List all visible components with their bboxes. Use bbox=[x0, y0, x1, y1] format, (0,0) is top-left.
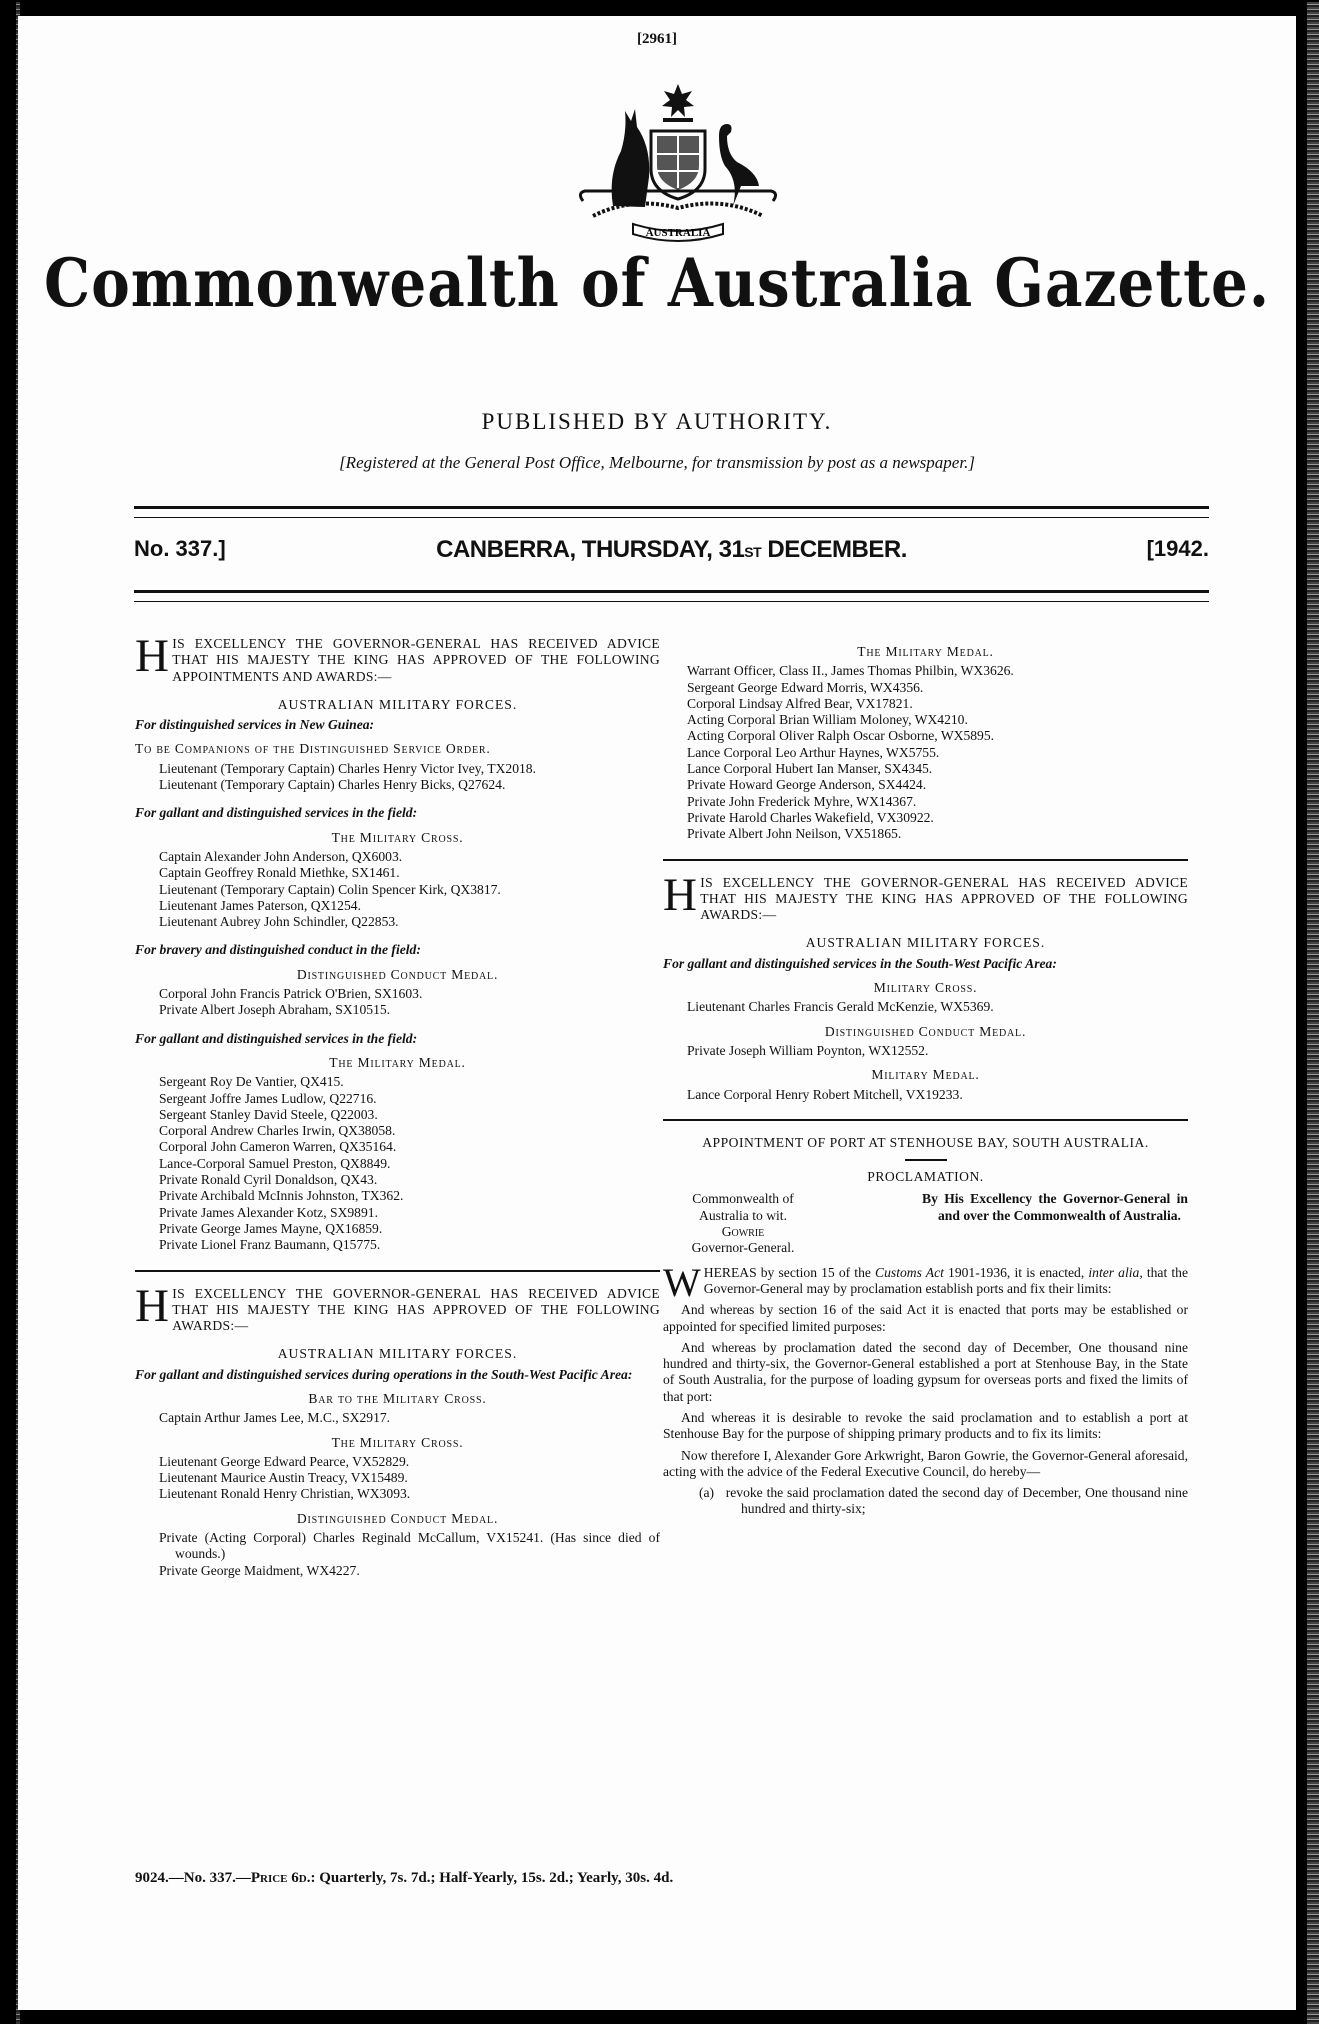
citation-line: For gallant and distinguished services i… bbox=[135, 1031, 660, 1047]
recital-paragraph: And whereas by section 16 of the said Ac… bbox=[663, 1302, 1188, 1335]
recital-paragraph: And whereas it is desirable to revoke th… bbox=[663, 1410, 1188, 1443]
authority-block: By His Excellency the Governor-General i… bbox=[922, 1191, 1188, 1256]
column-left: HIS EXCELLENCY THE GOVERNOR-GENERAL HAS … bbox=[135, 636, 660, 1579]
force-heading: AUSTRALIAN MILITARY FORCES. bbox=[135, 1346, 660, 1362]
recipient: Lieutenant (Temporary Captain) Colin Spe… bbox=[159, 882, 660, 898]
signatory: Gowrie bbox=[663, 1224, 823, 1240]
column-right: The Military Medal.Warrant Officer, Clas… bbox=[663, 636, 1188, 1518]
recipient: Private Albert John Neilson, VX51865. bbox=[687, 826, 1188, 842]
recital-paragraph: WHEREAS by section 15 of the Customs Act… bbox=[663, 1265, 1188, 1298]
award-heading: Military Medal. bbox=[663, 1067, 1188, 1083]
jurisdiction-block: Commonwealth of Australia to wit. Gowrie… bbox=[663, 1191, 823, 1256]
scan-edge-right bbox=[1307, 2, 1319, 2024]
force-heading: AUSTRALIAN MILITARY FORCES. bbox=[135, 697, 660, 713]
award-heading: Distinguished Conduct Medal. bbox=[663, 1024, 1188, 1040]
recipient: Lieutenant (Temporary Captain) Charles H… bbox=[159, 777, 660, 793]
recipient: Captain Geoffrey Ronald Miethke, SX1461. bbox=[159, 865, 660, 881]
recipient: Lieutenant James Paterson, QX1254. bbox=[159, 898, 660, 914]
force-heading: AUSTRALIAN MILITARY FORCES. bbox=[663, 935, 1188, 951]
operative-paragraph: Now therefore I, Alexander Gore Arkwrigh… bbox=[663, 1448, 1188, 1481]
recipient: Private John Frederick Myhre, WX14367. bbox=[687, 794, 1188, 810]
recipient: Sergeant George Edward Morris, WX4356. bbox=[687, 680, 1188, 696]
notice-appointments-awards: HIS EXCELLENCY THE GOVERNOR-GENERAL HAS … bbox=[135, 636, 660, 1254]
recipient: Lieutenant (Temporary Captain) Charles H… bbox=[159, 761, 660, 777]
award-heading: The Military Cross. bbox=[135, 830, 660, 846]
recipient: Private George James Mayne, QX16859. bbox=[159, 1221, 660, 1237]
citation-line: For distinguished services in New Guinea… bbox=[135, 717, 660, 733]
citation-line: For gallant and distinguished services i… bbox=[663, 956, 1188, 972]
recipient: Lieutenant George Edward Pearce, VX52829… bbox=[159, 1454, 660, 1470]
citation-line: For bravery and distinguished conduct in… bbox=[135, 942, 660, 958]
proclamation-authority: Commonwealth of Australia to wit. Gowrie… bbox=[663, 1191, 1188, 1256]
recipient: Sergeant Joffre James Ludlow, Q22716. bbox=[159, 1091, 660, 1107]
recipient: Corporal Andrew Charles Irwin, QX38058. bbox=[159, 1123, 660, 1139]
gazette-title: Commonwealth of Australia Gazette. bbox=[18, 244, 1296, 322]
proclamation-stenhouse-bay: APPOINTMENT OF PORT AT STENHOUSE BAY, SO… bbox=[663, 1135, 1188, 1518]
recipient: Sergeant Stanley David Steele, Q22003. bbox=[159, 1107, 660, 1123]
drop-cap: H bbox=[135, 637, 172, 675]
award-list-continued: The Military Medal.Warrant Officer, Clas… bbox=[663, 644, 1188, 843]
award-heading: Distinguished Conduct Medal. bbox=[135, 967, 660, 983]
section-divider bbox=[663, 1119, 1188, 1121]
award-list: Military Cross.Lieutenant Charles Franci… bbox=[663, 980, 1188, 1103]
recipient: Lieutenant Maurice Austin Treacy, VX1548… bbox=[159, 1470, 660, 1486]
published-by-authority: PUBLISHED BY AUTHORITY. bbox=[18, 409, 1296, 435]
award-heading: Bar to the Military Cross. bbox=[135, 1391, 660, 1407]
citation-line: For gallant and distinguished services d… bbox=[135, 1367, 660, 1383]
recipient: Corporal John Cameron Warren, QX35164. bbox=[159, 1139, 660, 1155]
page-number: [2961] bbox=[18, 31, 1296, 48]
recipient: Lance Corporal Hubert Ian Manser, SX4345… bbox=[687, 761, 1188, 777]
recipient: Lieutenant Charles Francis Gerald McKenz… bbox=[687, 999, 1188, 1015]
recipient: Private Lionel Franz Baumann, Q15775. bbox=[159, 1237, 660, 1253]
recipient: Warrant Officer, Class II., James Thomas… bbox=[687, 663, 1188, 679]
notice-intro: HIS EXCELLENCY THE GOVERNOR-GENERAL HAS … bbox=[663, 875, 1188, 924]
spacer bbox=[135, 930, 660, 942]
issue-line: No. 337.] CANBERRA, THURSDAY, 31ST DECEM… bbox=[134, 536, 1209, 566]
recipient: Captain Arthur James Lee, M.C., SX2917. bbox=[159, 1410, 660, 1426]
recipient: Corporal Lindsay Alfred Bear, VX17821. bbox=[687, 696, 1188, 712]
recipient: Private (Acting Corporal) Charles Regina… bbox=[159, 1530, 660, 1563]
price-footer: 9024.—No. 337.—Price 6d.: Quarterly, 7s.… bbox=[135, 1870, 673, 1887]
recipient: Captain Alexander John Anderson, QX6003. bbox=[159, 849, 660, 865]
award-heading: Military Cross. bbox=[663, 980, 1188, 996]
gazette-page: [2961] AUSTRALIA Commonwealth of Austral… bbox=[18, 16, 1296, 2010]
award-heading: The Military Cross. bbox=[135, 1435, 660, 1451]
recital-paragraph: And whereas by proclamation dated the se… bbox=[663, 1340, 1188, 1405]
proclamation-heading: PROCLAMATION. bbox=[663, 1169, 1188, 1185]
recipient: Lance-Corporal Samuel Preston, QX8849. bbox=[159, 1156, 660, 1172]
recipient: Private Albert Joseph Abraham, SX10515. bbox=[159, 1002, 660, 1018]
award-list: Bar to the Military Cross.Captain Arthur… bbox=[135, 1391, 660, 1579]
recipient: Private Ronald Cyril Donaldson, QX43. bbox=[159, 1172, 660, 1188]
recipient: Lance Corporal Henry Robert Mitchell, VX… bbox=[687, 1087, 1188, 1103]
award-groups: For distinguished services in New Guinea… bbox=[135, 717, 660, 1253]
issue-date: CANBERRA, THURSDAY, 31ST DECEMBER. bbox=[134, 536, 1209, 564]
svg-text:AUSTRALIA: AUSTRALIA bbox=[646, 227, 711, 239]
registration-note: [Registered at the General Post Office, … bbox=[18, 453, 1296, 473]
award-heading: The Military Medal. bbox=[135, 1055, 660, 1071]
recipient: Private James Alexander Kotz, SX9891. bbox=[159, 1205, 660, 1221]
section-title: APPOINTMENT OF PORT AT STENHOUSE BAY, SO… bbox=[663, 1135, 1188, 1151]
recipient: Private Joseph William Poynton, WX12552. bbox=[687, 1043, 1188, 1059]
recipient: Corporal John Francis Patrick O'Brien, S… bbox=[159, 986, 660, 1002]
recipient: Private George Maidment, WX4227. bbox=[159, 1563, 660, 1579]
drop-cap: H bbox=[663, 876, 700, 914]
section-divider bbox=[135, 1270, 660, 1272]
recipient: Acting Corporal Oliver Ralph Oscar Osbor… bbox=[687, 728, 1188, 744]
notice-awards-swpa: HIS EXCELLENCY THE GOVERNOR-GENERAL HAS … bbox=[663, 875, 1188, 1103]
recipient: Lance Corporal Leo Arthur Haynes, WX5755… bbox=[687, 745, 1188, 761]
recipient: Private Howard George Anderson, SX4424. bbox=[687, 777, 1188, 793]
notice-intro: HIS EXCELLENCY THE GOVERNOR-GENERAL HAS … bbox=[135, 1286, 660, 1335]
notice-intro: HIS EXCELLENCY THE GOVERNOR-GENERAL HAS … bbox=[135, 636, 660, 685]
notice-awards-swpa-operations: HIS EXCELLENCY THE GOVERNOR-GENERAL HAS … bbox=[135, 1286, 660, 1579]
spacer bbox=[135, 793, 660, 805]
award-heading: Distinguished Conduct Medal. bbox=[135, 1511, 660, 1527]
recipient: Private Archibald McInnis Johnston, TX36… bbox=[159, 1188, 660, 1204]
award-heading: To be Companions of the Distinguished Se… bbox=[135, 741, 660, 757]
coat-of-arms-icon: AUSTRALIA bbox=[573, 76, 783, 246]
award-heading: The Military Medal. bbox=[663, 644, 1188, 660]
masthead-rule-bottom bbox=[134, 590, 1209, 602]
recipient: Lieutenant Aubrey John Schindler, Q22853… bbox=[159, 914, 660, 930]
spacer bbox=[135, 1019, 660, 1031]
recipient: Acting Corporal Brian William Moloney, W… bbox=[687, 712, 1188, 728]
recipient: Private Harold Charles Wakefield, VX3092… bbox=[687, 810, 1188, 826]
citation-line: For gallant and distinguished services i… bbox=[135, 805, 660, 821]
short-rule bbox=[905, 1159, 947, 1161]
masthead-rule-top bbox=[134, 506, 1209, 518]
drop-cap: H bbox=[135, 1287, 172, 1325]
issue-year: [1942. bbox=[1147, 536, 1209, 562]
recipient: Lieutenant Ronald Henry Christian, WX309… bbox=[159, 1486, 660, 1502]
section-divider bbox=[663, 859, 1188, 861]
recipient: Sergeant Roy De Vantier, QX415. bbox=[159, 1074, 660, 1090]
operative-item-a: (a) revoke the said proclamation dated t… bbox=[699, 1485, 1188, 1518]
